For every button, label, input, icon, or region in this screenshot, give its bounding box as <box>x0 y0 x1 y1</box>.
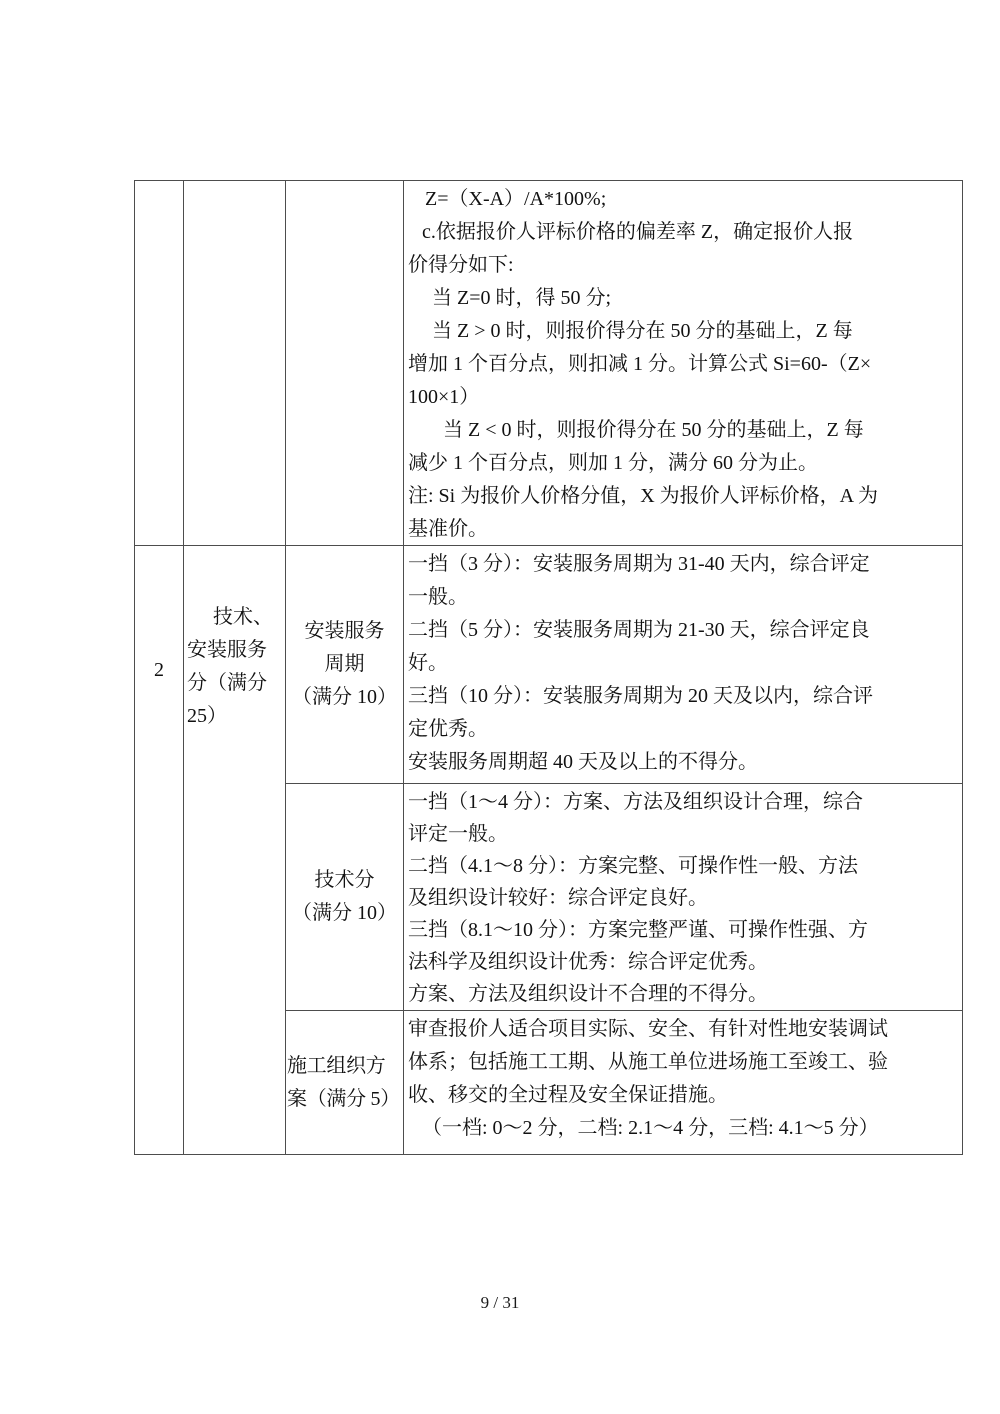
tier1-rule: 一挡（1～4 分）：方案、方法及组织设计合理，综合 评定一般。 <box>408 786 957 850</box>
review-scope-rule: 审查报价人适合项目实际、安全、有针对性地安装调试 体系；包括施工工期、从施工单位… <box>408 1013 957 1112</box>
document-page: { "page": { "footer": "9 / 31" }, "table… <box>0 0 1000 1414</box>
tier2-rule: 二挡（4.1～8 分）：方案完整、可操作性一般、方法 及组织设计较好：综合评定良… <box>408 850 957 914</box>
subitem-construction-plan: 施工组织方 案（满分 5） <box>286 1011 404 1154</box>
subitem-technical-score: 技术分 （满分 10） <box>286 784 404 1011</box>
empty-category-cell <box>184 181 286 546</box>
tier2-rule: 二挡（5 分）：安装服务周期为 21-30 天，综合评定良 好。 <box>408 614 957 680</box>
empty-item-cell <box>286 181 404 546</box>
z-equal-zero-rule: 当 Z=0 时，得 50 分; <box>408 282 957 315</box>
no-score-rule: 方案、方法及组织设计不合理的不得分。 <box>408 978 957 1010</box>
page-number: 9 / 31 <box>0 1293 1000 1313</box>
z-below-zero-rule: 当 Z < 0 时，则报价得分在 50 分的基础上，Z 每 减少 1 个百分点，… <box>408 414 957 480</box>
tier3-rule: 三挡（10 分）：安装服务周期为 20 天及以内，综合评 定优秀。 <box>408 680 957 746</box>
tier3-rule: 三挡（8.1～10 分）：方案完整严谨、可操作性强、方 法科学及组织设计优秀：综… <box>408 914 957 978</box>
formula-line: Z=（X-A）/A*100%; <box>408 183 957 216</box>
price-score-description-cell: Z=（X-A）/A*100%; c.依据报价人评标价格的偏差率 Z，确定报价人报… <box>404 181 962 546</box>
empty-index-cell <box>135 181 184 546</box>
tier1-rule: 一挡（3 分）：安装服务周期为 31-40 天内，综合评定 一般。 <box>408 548 957 614</box>
note-line: 注: Si 为报价人价格分值，X 为报价人评标价格，A 为 基准价。 <box>408 480 957 546</box>
subitem-install-service-period: 安装服务 周期 （满分 10） <box>286 546 404 784</box>
no-score-rule: 安装服务周期超 40 天及以上的不得分。 <box>408 746 957 779</box>
z-above-zero-rule: 当 Z > 0 时，则报价得分在 50 分的基础上，Z 每 增加 1 个百分点，… <box>408 315 957 414</box>
technical-score-description-cell: 一挡（1～4 分）：方案、方法及组织设计合理，综合 评定一般。 二挡（4.1～8… <box>404 784 962 1011</box>
evaluation-score-table: Z=（X-A）/A*100%; c.依据报价人评标价格的偏差率 Z，确定报价人报… <box>134 180 963 1155</box>
deviation-rate-rule: c.依据报价人评标价格的偏差率 Z，确定报价人报 价得分如下: <box>408 216 957 282</box>
construction-plan-description-cell: 审查报价人适合项目实际、安全、有针对性地安装调试 体系；包括施工工期、从施工单位… <box>404 1011 962 1154</box>
row-index: 2 <box>135 546 184 1154</box>
category-label: 技术、 安装服务 分（满分 25） <box>184 546 286 1154</box>
tier-score-ranges: （一档: 0～2 分，二档: 2.1～4 分，三档: 4.1～5 分） <box>408 1112 957 1145</box>
install-period-description-cell: 一挡（3 分）：安装服务周期为 31-40 天内，综合评定 一般。 二挡（5 分… <box>404 546 962 784</box>
